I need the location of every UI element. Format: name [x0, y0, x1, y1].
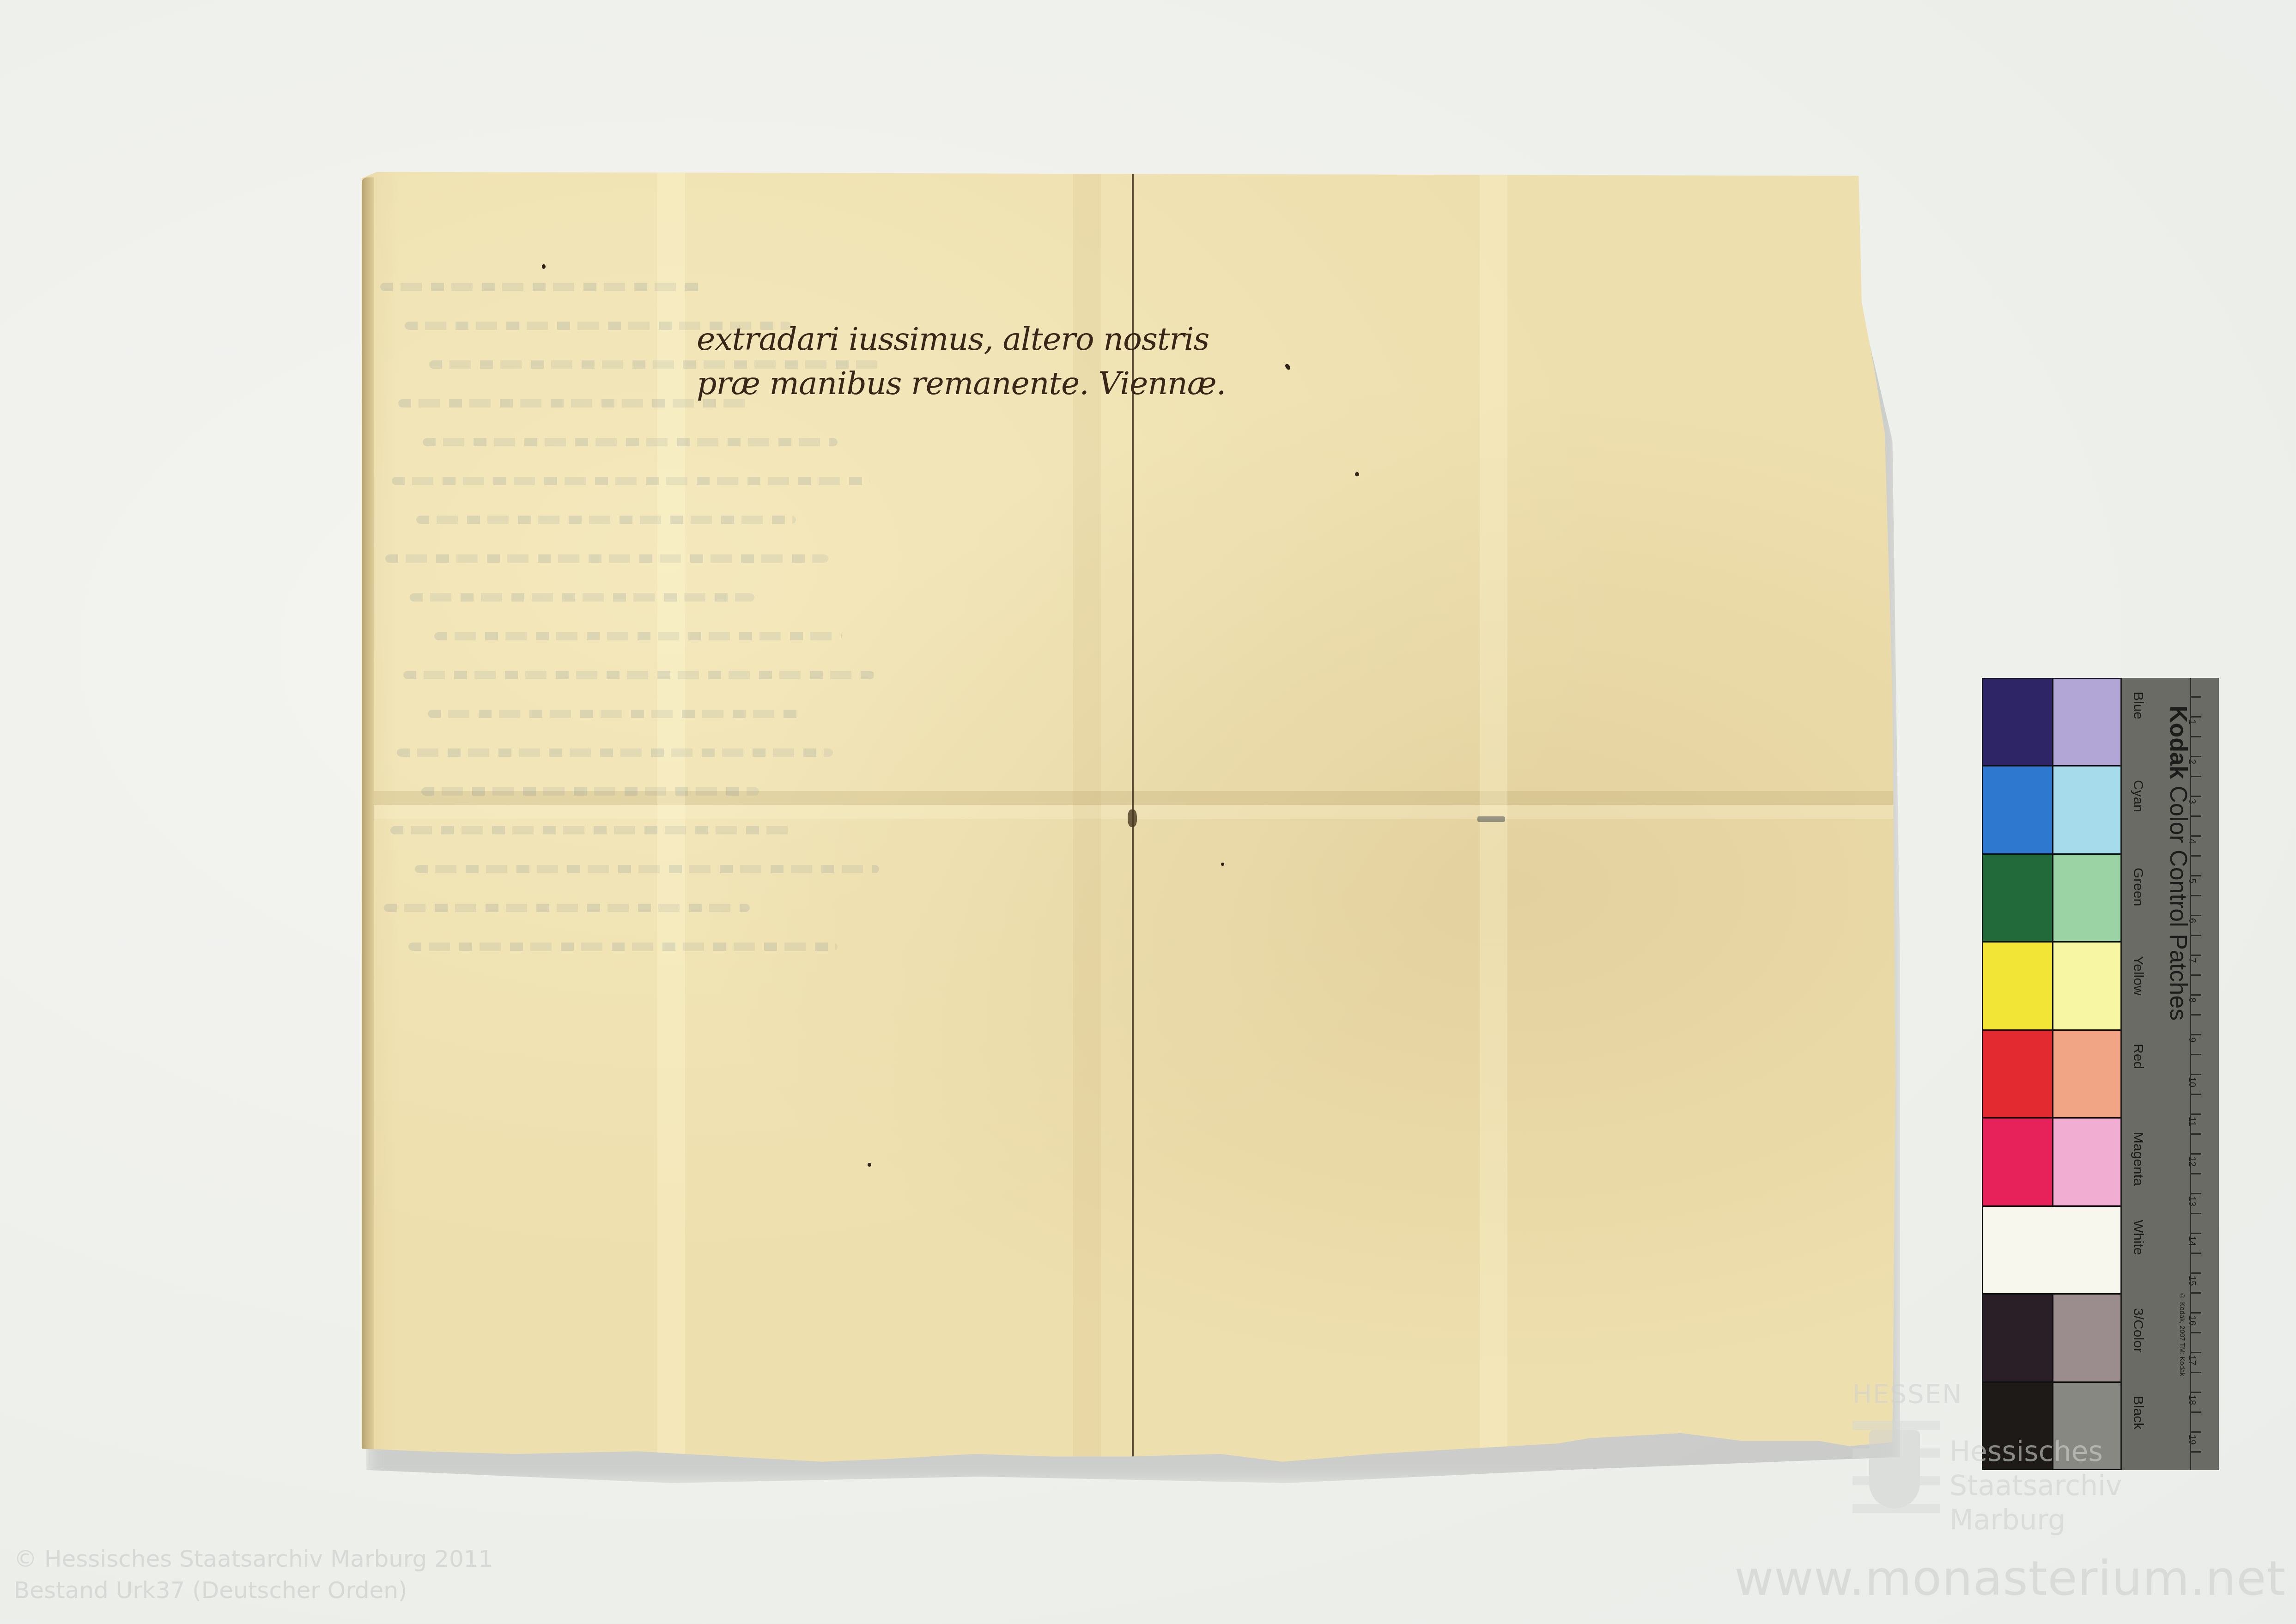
- patch-3color-dark: [1983, 1295, 2052, 1381]
- ink-speck: [1221, 863, 1224, 866]
- patch-white: [1983, 1207, 2123, 1293]
- patch-blue-dark: [1983, 679, 2052, 765]
- handwriting-line-2: præ manibus remanente. Viennæ.: [697, 362, 1149, 406]
- patch-red-dark: [1983, 1031, 2052, 1117]
- bleed-through-line: [384, 904, 750, 912]
- bleed-through-line: [390, 826, 791, 834]
- archival-document: extradari iussimus, altero nostris præ m…: [362, 172, 1895, 1475]
- patch-label-green: Green: [2130, 868, 2146, 906]
- patch-label-3color: 3/Color: [2130, 1308, 2146, 1353]
- bleed-through-line: [416, 516, 796, 524]
- bleed-through-line: [423, 438, 838, 446]
- bleed-through-line: [385, 554, 828, 563]
- patch-label-black: Black: [2130, 1396, 2146, 1429]
- patch-cyan-dark: [1983, 766, 2052, 853]
- patch-3color-light: [2053, 1295, 2123, 1381]
- kodak-brand-title: Kodak Color Control Patches: [2164, 706, 2192, 1021]
- bleed-through-line: [403, 671, 875, 679]
- patch-magenta-dark: [1983, 1119, 2052, 1205]
- logo-hessen-text: HESSEN: [1853, 1379, 1962, 1409]
- bleed-through-line: [428, 710, 801, 718]
- hessen-shield-icon: [1869, 1430, 1920, 1508]
- bleed-through-line: [380, 283, 704, 291]
- website-watermark: www.monasterium.net: [1734, 1550, 2286, 1606]
- patch-blue-light: [2053, 679, 2123, 765]
- bleed-through-line: [408, 943, 838, 951]
- patch-green-dark: [1983, 855, 2052, 941]
- bleed-through-line: [410, 593, 754, 602]
- credit-line-2: Bestand Urk37 (Deutscher Orden): [14, 1575, 493, 1606]
- fold-crease-mark-right: [1477, 816, 1505, 822]
- patch-label-blue: Blue: [2130, 692, 2146, 719]
- kodak-copyright: © Kodak, 2007 TM: Kodak: [2178, 1292, 2186, 1376]
- patch-label-red: Red: [2130, 1044, 2146, 1069]
- credit-line-1: © Hessisches Staatsarchiv Marburg 2011: [14, 1543, 493, 1575]
- patch-cyan-light: [2053, 766, 2123, 853]
- ink-speck: [1284, 363, 1291, 371]
- patch-magenta-light: [2053, 1119, 2123, 1205]
- patch-yellow-dark: [1983, 943, 2052, 1029]
- patch-yellow-light: [2053, 943, 2123, 1029]
- logo-line-1: Hessisches: [1950, 1435, 2122, 1469]
- bleed-through-line: [415, 865, 879, 873]
- ink-speck: [868, 1163, 871, 1167]
- paper-sheet: extradari iussimus, altero nostris præ m…: [362, 172, 1895, 1475]
- color-patches: [1982, 678, 2120, 1470]
- patch-green-light: [2053, 855, 2123, 941]
- logo-archive-name: Hessisches Staatsarchiv Marburg: [1950, 1435, 2122, 1537]
- bleed-through-line: [434, 632, 842, 640]
- patch-red-light: [2053, 1031, 2123, 1117]
- paper-left-edge: [362, 177, 374, 1453]
- handwriting-line-1: extradari iussimus, altero nostris: [697, 317, 1149, 362]
- copyright-watermark: © Hessisches Staatsarchiv Marburg 2011 B…: [14, 1543, 493, 1606]
- ink-speck: [1355, 472, 1359, 476]
- bleed-through-line: [392, 477, 870, 485]
- ruler-ticks: [2190, 678, 2219, 1470]
- kodak-ruler: Kodak Color Control Patches © Kodak, 200…: [2120, 678, 2219, 1470]
- bleed-through-line: [397, 748, 833, 757]
- kodak-color-chart: Kodak Color Control Patches © Kodak, 200…: [1982, 678, 2222, 1470]
- fold-crease-mark: [1128, 809, 1137, 827]
- patch-label-white: White: [2130, 1220, 2146, 1255]
- handwritten-text: extradari iussimus, altero nostris præ m…: [697, 317, 1149, 406]
- patch-label-magenta: Magenta: [2130, 1132, 2146, 1186]
- bleed-through-line: [421, 787, 759, 796]
- ink-speck: [542, 264, 546, 269]
- logo-line-3: Marburg: [1950, 1503, 2122, 1537]
- patch-label-yellow: Yellow: [2130, 956, 2146, 996]
- patch-label-cyan: Cyan: [2130, 780, 2146, 812]
- archive-logo-watermark: HESSEN Hessisches Staatsarchiv Marburg: [1853, 1379, 2083, 1536]
- logo-line-2: Staatsarchiv: [1950, 1469, 2122, 1503]
